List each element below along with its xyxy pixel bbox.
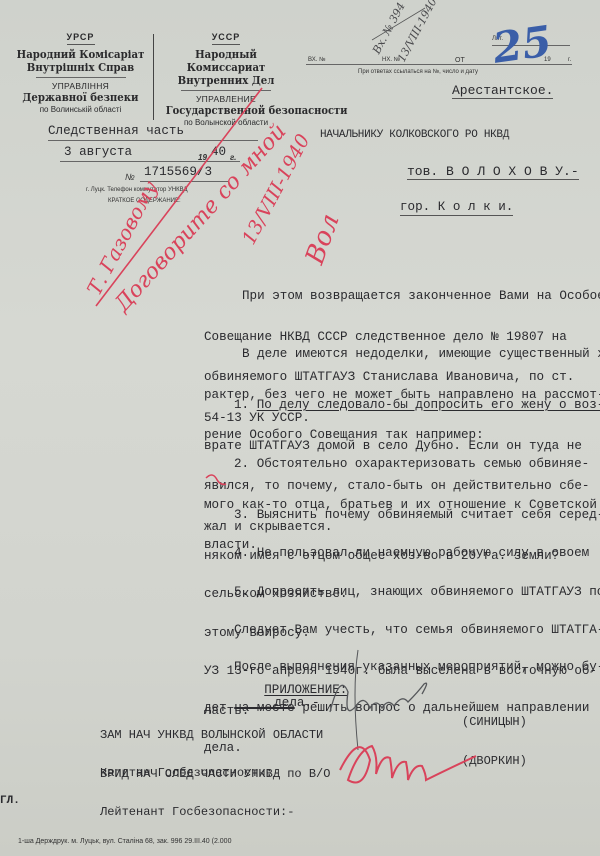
item-number: 1. — [234, 398, 249, 412]
commissariat-ru-1: Народный Комиссариат — [162, 48, 291, 74]
region-ua: по Волинській області — [8, 105, 153, 114]
signatory-name-1: (СИНИЦЫН) — [462, 716, 527, 730]
outgoing-number: 1715569/3 — [144, 166, 212, 180]
from-label: ОТ — [455, 57, 465, 64]
unit-name: Следственная часть — [48, 125, 184, 139]
document-page: УРСР Народний Комісаріат Внутрішніх Спра… — [0, 0, 600, 856]
date-line — [60, 161, 240, 162]
number-label: № — [125, 172, 135, 182]
unit-line — [48, 140, 258, 141]
attachment-label: ПРИЛОЖЕНИЕ: — [264, 683, 347, 697]
commissariat-ua-2: Внутрішніх Справ — [14, 61, 147, 74]
date-year-prefix: 19 — [198, 153, 207, 162]
incoming-label: ВХ. № — [308, 57, 326, 63]
republic-ua: УРСР — [8, 32, 153, 42]
divider — [212, 44, 240, 45]
signatory-title: ЗАМ НАЧ УНКВД ВОЛЫНСКОЙ ОБЛАСТИ — [100, 729, 323, 742]
classification-label: Арестантское. — [452, 84, 553, 99]
addressee-line3: гор. К о л к и. — [400, 201, 513, 216]
signatory-name-2: (ДВОРКИН) — [462, 755, 527, 769]
body-line: Не пользовал-ли наемную рабочую силу в с… — [257, 546, 590, 560]
red-annotation-signature: Вол — [300, 210, 346, 268]
letterhead-right: УССР Народный Комиссариат Внутренних Дел… — [156, 32, 296, 127]
typist-initials: ГЛ. — [0, 795, 20, 809]
directorate-ua: Державної безпеки — [14, 91, 147, 104]
letterhead-left: УРСР Народний Комісаріат Внутрішніх Спра… — [8, 32, 153, 114]
addressee-line1: НАЧАЛЬНИКУ КОЛКОВСКОГО РО НКВД — [320, 129, 509, 143]
printer-line: 1-ша Держдрук. м. Луцьк, вул. Сталіна 68… — [18, 838, 231, 845]
divider — [67, 44, 95, 45]
blue-handwritten-mark: 25 — [490, 16, 555, 73]
date-year-suffix: 40 — [211, 146, 226, 160]
addressee-line2: тов. В О Л О Х О В У.- — [407, 165, 579, 180]
body-line: При этом возвращается законченное Вами н… — [204, 290, 600, 304]
divider — [181, 90, 271, 91]
reply-note: При ответах ссылаться на №, число и дату — [358, 69, 478, 75]
directorate-ru: Государственной безопасности — [166, 104, 286, 117]
commissariat-ua-1: Народний Комісаріат — [14, 48, 147, 61]
body-line: Обстоятельно охарактеризовать семью обви… — [257, 457, 590, 471]
department-ua: УПРАВЛІННЯ — [8, 81, 153, 91]
commissariat-ru-2: Внутренних Дел — [162, 74, 291, 87]
republic-ru: УССР — [156, 32, 296, 42]
signatory-rank: Лейтенант Госбезопасности:- — [100, 806, 330, 819]
year-mark: г. — [568, 57, 571, 63]
item-number: 4. — [234, 546, 249, 560]
item-number: 2. — [234, 457, 249, 471]
signature-block-2: ВРИД НАЧ СЛЕД ЧАСТИ УНКВД по В/О Лейтена… — [100, 743, 330, 843]
body-line: В деле имеются недоделки, имеющие сущест… — [204, 348, 600, 362]
letterhead-divider — [153, 34, 154, 120]
signatory-title: ВРИД НАЧ СЛЕД ЧАСТИ УНКВД по В/О — [100, 768, 330, 781]
date-day-month: 3 августа — [64, 146, 132, 160]
divider — [36, 77, 126, 78]
body-line: По делу следовало-бы допросить его жену … — [257, 398, 600, 412]
